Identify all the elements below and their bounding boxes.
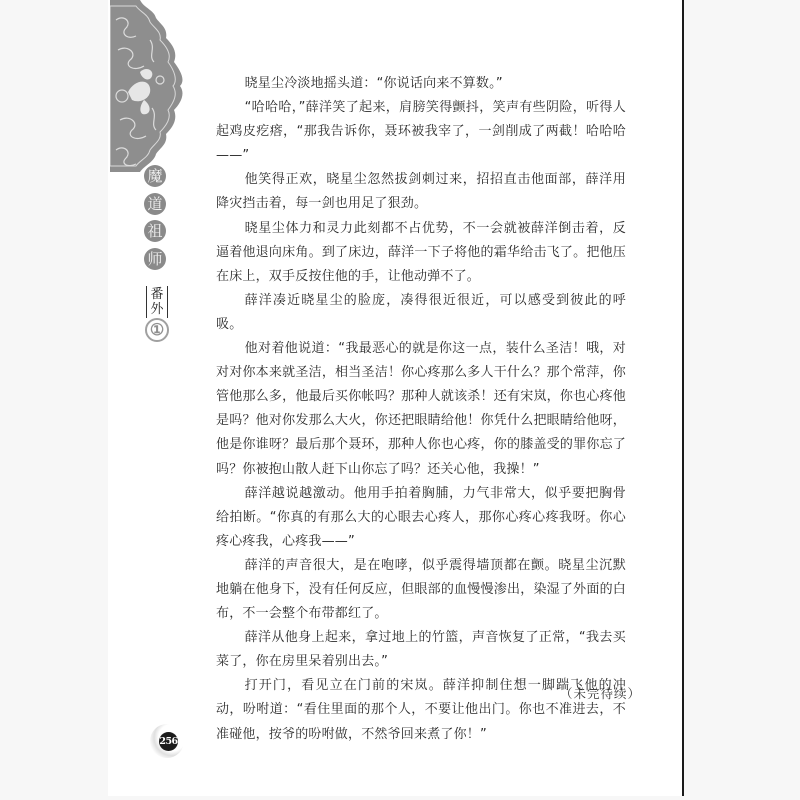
extra-label-char: 番 (147, 287, 167, 302)
page-number-badge: 256 (150, 724, 190, 764)
paragraph: “哈哈哈，”薛洋笑了起来，肩膀笑得颤抖，笑声有些阴险，听得人起鸡皮疙瘩，“那我告… (216, 96, 626, 168)
paragraph: 薛洋越说越激动。他用手拍着胸脯，力气非常大，似乎要把胸骨给拍断。“你真的有那么大… (216, 482, 626, 554)
paragraph: 晓星尘体力和灵力此刻都不占优势，不一会就被薛洋倒击着，反逼着他退向床角。到了床边… (216, 217, 626, 289)
page-spine-divider (682, 0, 684, 796)
paragraph: 他笑得正欢，晓星尘忽然拔剑刺过来，招招直击他面部，薛洋用降灾挡击着，每一剑也用足… (216, 168, 626, 216)
floral-ornament-icon (110, 0, 186, 172)
title-char: 祖 (144, 220, 166, 242)
extra-chapter-label: 番 外 (146, 286, 168, 318)
book-series-title: 魔 道 祖 师 (144, 165, 168, 275)
chapter-body: 晓星尘冷淡地摇头道：“你说话向来不算数。” “哈哈哈，”薛洋笑了起来，肩膀笑得颤… (216, 72, 626, 747)
paragraph: 薛洋的声音很大，是在咆哮，似乎震得墙顶都在颤。晓星尘沉默地躺在他身下，没有任何反… (216, 554, 626, 626)
page-number: 256 (159, 732, 178, 751)
paragraph: 薛洋凑近晓星尘的脸庞，凑得很近很近，可以感受到彼此的呼吸。 (216, 289, 626, 337)
title-char: 魔 (144, 165, 166, 187)
title-char: 师 (144, 248, 166, 270)
to-be-continued-note: （未完待续） (560, 684, 641, 702)
paragraph: 晓星尘冷淡地摇头道：“你说话向来不算数。” (216, 72, 626, 96)
paragraph: 他对着他说道：“我最恶心的就是你这一点，装什么圣洁！哦，对对对你本来就圣洁，相当… (216, 337, 626, 482)
extra-label-char: 外 (147, 302, 167, 317)
paragraph: 薛洋从他身上起来，拿过地上的竹篮，声音恢复了正常，“我去买菜了，你在房里呆着别出… (216, 626, 626, 674)
title-char: 道 (144, 193, 166, 215)
extra-chapter-number: ① (145, 318, 169, 342)
